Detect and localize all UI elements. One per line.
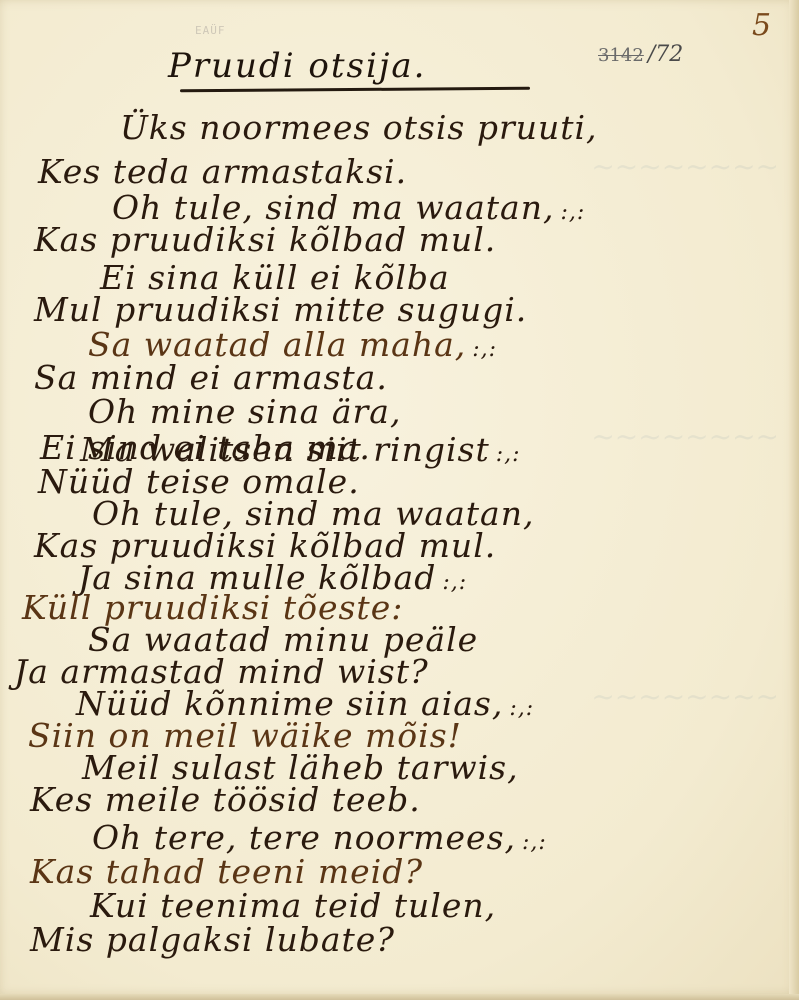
lyric-line: Kes meile töösid teeb. (30, 780, 427, 819)
lyric-line: Oh mine sina ära, (88, 392, 407, 431)
manuscript-page: ~~~~~~~~ ~~~~~~~~ ~~~~~~~~ EAÜF 5 3142/7… (0, 0, 799, 1000)
lyric-line: Mis palgaksi lubate? (30, 920, 395, 959)
bleed-through-text: ~~~~~~~~ (591, 420, 779, 453)
bleed-through-text: ~~~~~~~~ (591, 680, 779, 713)
archive-number-new: /72 (648, 42, 683, 67)
title-underline (180, 87, 530, 92)
bleed-through-text: ~~~~~~~~ (591, 150, 779, 183)
song-title: Pruudi otsija. (168, 46, 426, 86)
archive-number-old: 3142 (598, 45, 644, 66)
lyric-line: Üks noormees otsis pruuti, (120, 108, 604, 147)
lyric-line: Kes teda armastaksi. (38, 152, 413, 191)
archive-number: 3142/72 (598, 42, 683, 67)
lyric-line: Kas pruudiksi kõlbad mul. (34, 220, 502, 259)
archive-stamp: EAÜF (195, 24, 226, 37)
page-number: 5 (752, 8, 771, 43)
lyric-line: Mul pruudiksi mitte sugugi. (34, 290, 533, 329)
page-edge-bottom (0, 994, 799, 1000)
page-edge-right (789, 0, 799, 1000)
